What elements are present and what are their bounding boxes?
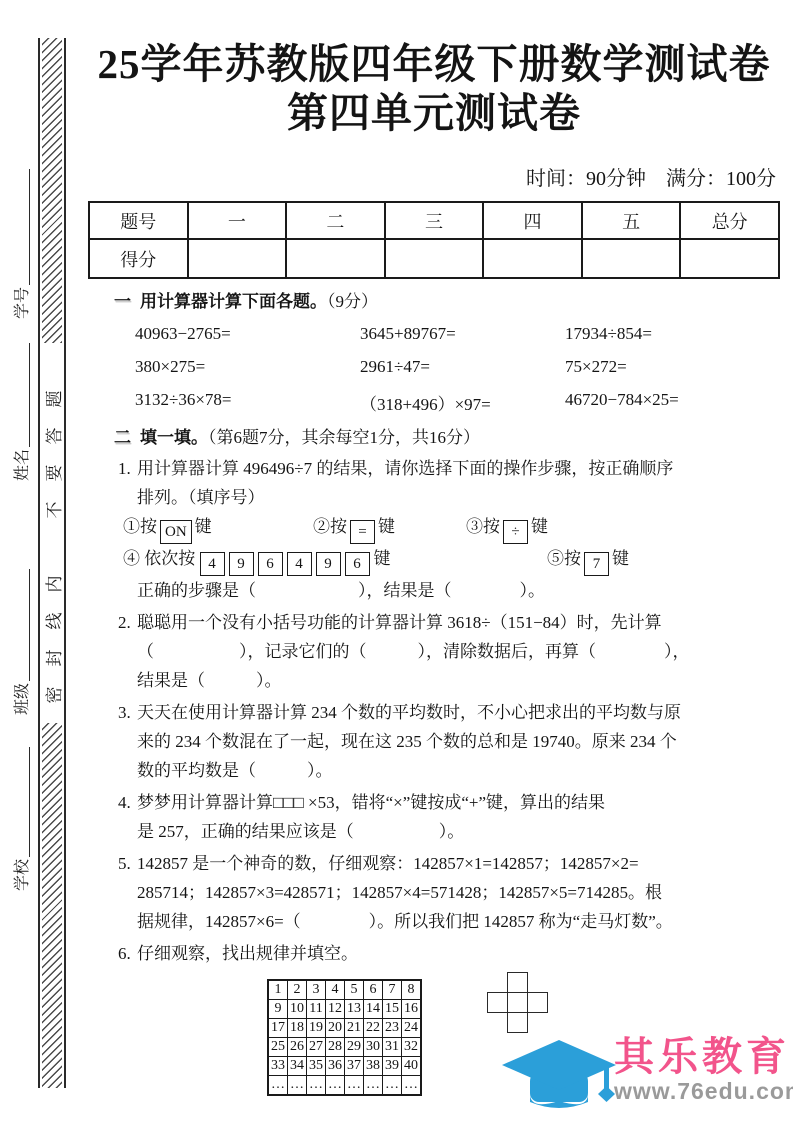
plus-right-square [527,992,548,1013]
student-id-label: 学号 [7,169,33,319]
seal-line-strip: 密封线内 不要答题 [38,38,66,1088]
grid-cell: 15 [383,1000,402,1019]
grid-cell: 7 [383,980,402,1000]
grid-cell: 40 [402,1057,422,1076]
grid-cell: … [307,1076,326,1096]
digit-key-box: 6 [258,552,283,576]
step-1-pre: ①按 [123,517,157,536]
school-blank [29,747,30,857]
step-3: ③按÷键 [466,512,548,544]
grid-row: 3334353637383940 [268,1057,421,1076]
question-2-number: 2. [118,608,137,695]
question-4-number: 4. [118,788,137,846]
problem: 17934÷854= [565,324,780,344]
grid-cell: 11 [307,1000,326,1019]
grid-cell: 10 [288,1000,307,1019]
section2-heading: 二填一填。（第6题7分，其余每空1分，共16分） [114,425,780,451]
grid-cell: … [326,1076,345,1096]
plus-left-square [487,992,508,1013]
grid-cell: 22 [364,1019,383,1038]
question-5-line3: 据规律，142857×6=（ ）。所以我们把 142857 称为“走马灯数”。 [137,907,780,936]
score-table-header-row: 题号 一 二 三 四 五 总分 [89,202,779,239]
student-name-text: 姓名 [13,449,33,481]
student-name-label: 姓名 [7,343,33,481]
question-2-body: 聪聪用一个没有小括号功能的计算器计算 3618÷（151−84）时，先计算 （ … [137,608,780,695]
question-6-line1: 仔细观察，找出规律并填空。 [137,939,780,968]
score-table-score-row: 得分 [89,239,779,278]
graduation-cap-icon [500,1038,620,1118]
grid-row: …………………… [268,1076,421,1096]
question-5: 5. 142857 是一个神奇的数，仔细观察：142857×1=142857；1… [88,849,780,936]
publisher-logo: 其乐教育 www.76edu.com [500,1036,793,1118]
question-6: 6. 仔细观察，找出规律并填空。 [88,939,780,968]
section1-number: 一 [114,292,131,311]
grid-cell: … [345,1076,364,1096]
school-text: 学校 [13,859,33,891]
question-6-number: 6. [118,939,137,968]
hatch-pattern-bottom [42,723,62,1088]
question-1-steps-row1: ①按ON键 ②按=键 ③按÷键 [123,512,780,544]
grid-cell: 20 [326,1019,345,1038]
logo-text-column: 其乐教育 www.76edu.com [614,1036,793,1104]
grid-cell: 21 [345,1019,364,1038]
plus-bottom-square [507,1012,528,1033]
question-2: 2. 聪聪用一个没有小括号功能的计算器计算 3618÷（151−84）时，先计算… [88,608,780,695]
class-label: 班级 [7,569,33,715]
grid-cell: 6 [364,980,383,1000]
grid-row: 2526272829303132 [268,1038,421,1057]
question-3-line2: 来的 234 个数混在了一起，现在这 235 个数的总和是 19740。原来 2… [137,727,780,756]
class-blank [29,569,30,681]
on-key-box: ON [160,520,192,544]
grid-cell: 28 [326,1038,345,1057]
question-5-line2: 285714；142857×3=428571；142857×4=571428；1… [137,878,780,907]
step-2: ②按=键 [313,512,466,544]
grid-cell: 16 [402,1000,422,1019]
section2-number: 二 [114,428,131,447]
plus-top-square [507,972,528,993]
grid-cell: 1 [268,980,288,1000]
question-4-body: 梦梦用计算器计算□□□ ×53，错将“×”键按成“+”键，算出的结果 是 257… [137,788,780,846]
question-1-line1: 用计算器计算 496496÷7 的结果，请你选择下面的操作步骤，按正确顺序 [137,454,780,483]
problem: 40963−2765= [135,324,360,344]
section1-title: 用计算器计算下面各题。 [140,292,327,311]
section2-score: （第6题7分，其余每空1分，共16分） [208,428,480,447]
step-5-pre: ⑤按 [547,549,581,568]
grid-row: 910111213141516 [268,1000,421,1019]
grid-cell: 9 [268,1000,288,1019]
step-2-pre: ②按 [313,517,347,536]
grid-cell: … [268,1076,288,1096]
student-id-text: 学号 [13,287,33,319]
question-1-line2: 排列。（填序号） [137,483,780,512]
grid-cell: 33 [268,1057,288,1076]
exam-paper-page: 密封线内 不要答题 学号 姓名 班级 学校 25学年苏教版四年级下册数学测试卷 … [0,0,793,1121]
question-3-line1: 天天在使用计算器计算 234 个数的平均数时，不小心把求出的平均数与原 [137,698,780,727]
grid-cell: 19 [307,1019,326,1038]
grid-cell: 38 [364,1057,383,1076]
score-cell-empty [385,239,484,278]
problem: （318+496）×97= [360,390,565,415]
calculator-problems: 40963−2765= 3645+89767= 17934÷854= 380×2… [88,324,780,415]
grid-cell: 26 [288,1038,307,1057]
question-1-answer-line: 正确的步骤是（ ），结果是（ ）。 [137,576,780,605]
section2-title: 填一填。 [140,428,208,447]
grid-cell: 4 [326,980,345,1000]
grid-cell: 8 [402,980,422,1000]
logo-url-text: www.76edu.com [614,1078,793,1104]
question-3-body: 天天在使用计算器计算 234 个数的平均数时，不小心把求出的平均数与原 来的 2… [137,698,780,785]
digit-key-box: 6 [345,552,370,576]
seven-key-box: 7 [584,552,609,576]
plus-shape-figure [487,972,550,1035]
grid-cell: 25 [268,1038,288,1057]
step-4-post: 键 [374,549,391,568]
grid-cell: 27 [307,1038,326,1057]
main-content: 25学年苏教版四年级下册数学测试卷 第四单元测试卷 时间：90分钟 满分：100… [88,40,780,1096]
problem: 380×275= [135,357,360,377]
step-3-post: 键 [531,517,548,536]
grid-row: 1718192021222324 [268,1019,421,1038]
problem: 2961÷47= [360,357,565,377]
step-1: ①按ON键 [123,512,313,544]
number-pattern-grid: 1234567891011121314151617181920212223242… [267,979,422,1096]
grid-cell: 29 [345,1038,364,1057]
student-id-blank [29,169,30,285]
score-table-header: 题号 [89,202,188,239]
question-5-line1: 142857 是一个神奇的数，仔细观察：142857×1=142857；1428… [137,849,780,878]
grid-cell: … [383,1076,402,1096]
step-5: ⑤按7键 [547,544,629,576]
grid-cell: 2 [288,980,307,1000]
grid-cell: 17 [268,1019,288,1038]
section1-score: （9分） [327,292,378,311]
score-cell-empty [680,239,779,278]
grid-row: 12345678 [268,980,421,1000]
question-4-line2: 是 257，正确的结果应该是（ ）。 [137,817,780,846]
question-5-number: 5. [118,849,137,936]
grid-cell: … [288,1076,307,1096]
paper-title-line2: 第四单元测试卷 [88,89,780,138]
grid-cell: 14 [364,1000,383,1019]
problem: 75×272= [565,357,780,377]
grid-cell: 39 [383,1057,402,1076]
score-table-header: 四 [483,202,582,239]
question-2-line1: 聪聪用一个没有小括号功能的计算器计算 3618÷（151−84）时，先计算 [137,608,780,637]
step-2-post: 键 [378,517,395,536]
divide-key-box: ÷ [503,520,528,544]
score-cell-empty [286,239,385,278]
grid-cell: 34 [288,1057,307,1076]
step-3-pre: ③按 [466,517,500,536]
grid-cell: 35 [307,1057,326,1076]
question-2-line3: 结果是（ ）。 [137,666,780,695]
grid-cell: 30 [364,1038,383,1057]
question-1-body: 用计算器计算 496496÷7 的结果，请你选择下面的操作步骤，按正确顺序 排列… [137,454,780,605]
seal-line-text: 密封线内 不要答题 [40,357,66,717]
digit-key-box: 4 [287,552,312,576]
problem: 46720−784×25= [565,390,780,415]
grid-cell: 36 [326,1057,345,1076]
grid-cell: 24 [402,1019,422,1038]
grid-cell: 13 [345,1000,364,1019]
digit-key-box: 9 [316,552,341,576]
grid-cell: 31 [383,1038,402,1057]
score-cell-empty [483,239,582,278]
digit-key-box: 9 [229,552,254,576]
grid-cell: 32 [402,1038,422,1057]
question-2-line2: （ ），记录它们的（ ），清除数据后，再算（ ）， [137,637,780,666]
score-table-header: 三 [385,202,484,239]
question-1: 1. 用计算器计算 496496÷7 的结果，请你选择下面的操作步骤，按正确顺序… [88,454,780,605]
score-table-header: 一 [188,202,287,239]
step-5-post: 键 [612,549,629,568]
score-table: 题号 一 二 三 四 五 总分 得分 [88,201,780,279]
exam-time-score-info: 时间：90分钟 满分：100分 [88,162,780,191]
problem: 3132÷36×78= [135,390,360,415]
question-3-line3: 数的平均数是（ ）。 [137,756,780,785]
hatch-pattern-top [42,38,62,343]
grid-cell: 23 [383,1019,402,1038]
question-4-line1: 梦梦用计算器计算□□□ ×53，错将“×”键按成“+”键，算出的结果 [137,788,780,817]
question-3: 3. 天天在使用计算器计算 234 个数的平均数时，不小心把求出的平均数与原 来… [88,698,780,785]
school-label: 学校 [7,747,33,891]
class-text: 班级 [13,683,33,715]
grid-cell: … [364,1076,383,1096]
grid-cell: … [402,1076,422,1096]
paper-title-line1: 25学年苏教版四年级下册数学测试卷 [88,40,780,89]
equals-key-box: = [350,520,375,544]
question-5-body: 142857 是一个神奇的数，仔细观察：142857×1=142857；1428… [137,849,780,936]
score-cell-empty [582,239,681,278]
digit-key-box: 4 [200,552,225,576]
score-table-header: 五 [582,202,681,239]
plus-center-square [507,992,528,1013]
question-1-steps-row2: ④ 依次按 496496键 ⑤按7键 [123,544,780,576]
score-row-label: 得分 [89,239,188,278]
grid-cell: 12 [326,1000,345,1019]
logo-brand-text: 其乐教育 [614,1036,793,1078]
step-1-post: 键 [195,517,212,536]
score-table-header: 总分 [680,202,779,239]
question-4: 4. 梦梦用计算器计算□□□ ×53，错将“×”键按成“+”键，算出的结果 是 … [88,788,780,846]
problem: 3645+89767= [360,324,565,344]
score-table-header: 二 [286,202,385,239]
score-cell-empty [188,239,287,278]
grid-cell: 37 [345,1057,364,1076]
step-4-pre: ④ 依次按 [123,549,195,568]
student-name-blank [29,343,30,447]
question-6-body: 仔细观察，找出规律并填空。 [137,939,780,968]
grid-cell: 18 [288,1019,307,1038]
question-3-number: 3. [118,698,137,785]
grid-cell: 3 [307,980,326,1000]
grid-cell: 5 [345,980,364,1000]
section1-heading: 一用计算器计算下面各题。（9分） [114,289,780,315]
step-4: ④ 依次按 496496键 [123,544,547,576]
